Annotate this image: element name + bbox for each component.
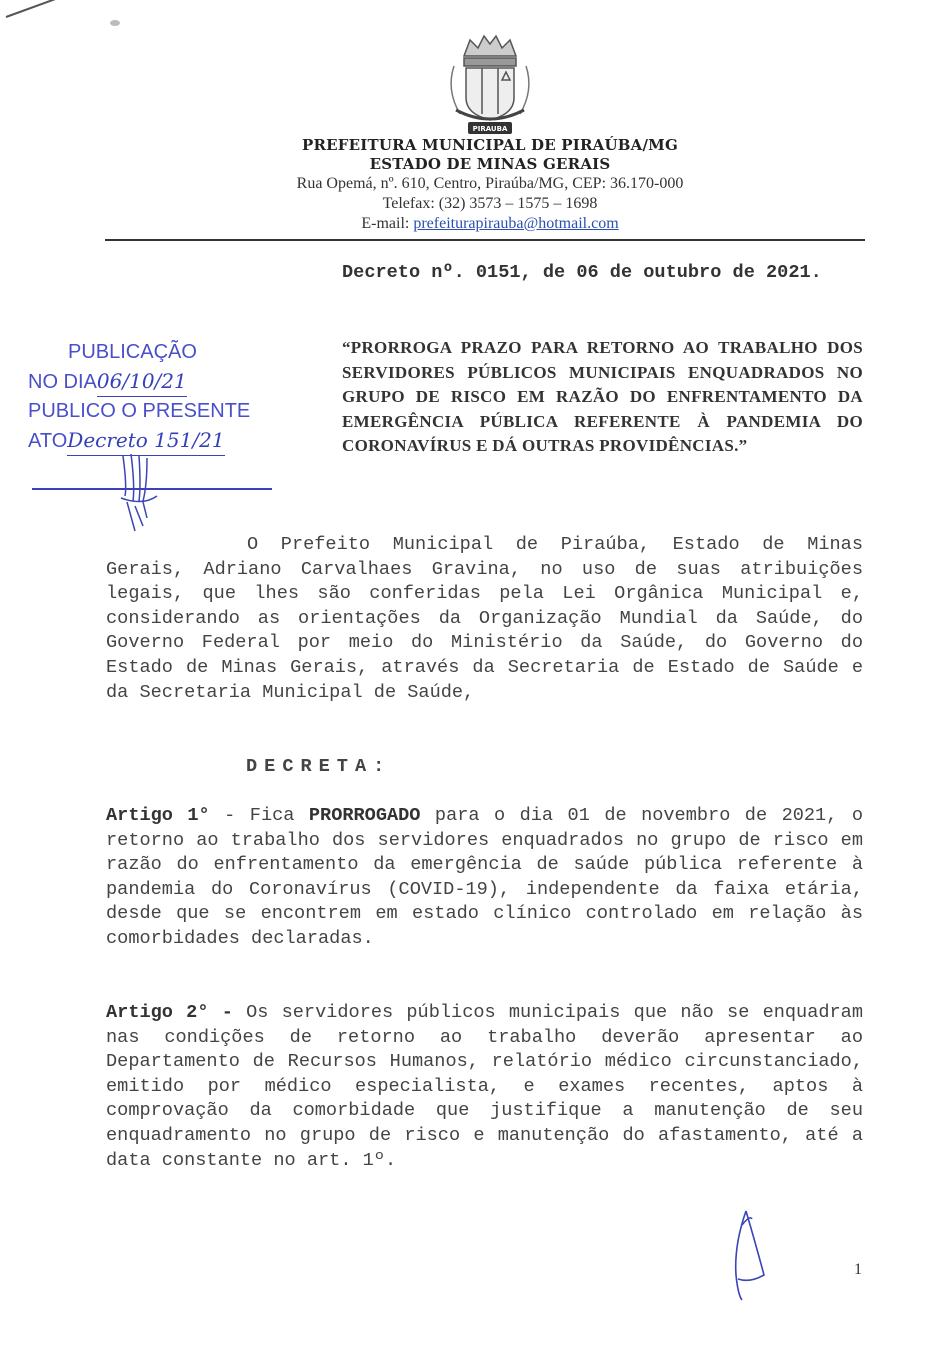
decree-number: Decreto nº. 0151, de 06 de outubro de 20… (342, 261, 863, 285)
article-2-text: Os servidores públicos municipais que nã… (106, 1002, 863, 1171)
initials-signature-icon (730, 1205, 780, 1305)
address: Rua Opemá, nº. 610, Centro, Piraúba/MG, … (230, 174, 750, 194)
scan-artifact-dot (110, 20, 120, 26)
svg-text:PIRAUBA: PIRAUBA (473, 125, 508, 133)
header-divider (105, 239, 865, 241)
article-1-emphasis: PRORROGADO (309, 805, 421, 826)
article-1-text: para o dia 01 de novembro de 2021, o ret… (106, 805, 863, 949)
scan-artifact-line (6, 0, 61, 18)
stamp-title: PUBLICAÇÃO (28, 338, 273, 367)
stamp-act-label: ATO (28, 430, 67, 452)
org-name: PREFEITURA MUNICIPAL DE PIRAÚBA/MG (230, 136, 750, 155)
decreta-heading: DECRETA: (246, 756, 391, 777)
letterhead: PIRAUBA PREFEITURA MUNICIPAL DE PIRAÚBA/… (230, 30, 750, 234)
preamble-paragraph: O Prefeito Municipal de Piraúba, Estado … (106, 533, 863, 705)
article-1-label: Artigo 1° (106, 805, 210, 826)
email-label: E-mail: (361, 215, 413, 232)
publication-stamp: PUBLICAÇÃO NO DIA06/10/21 PUBLICO O PRES… (28, 338, 273, 456)
stamp-day-label: NO DIA (28, 371, 97, 393)
stamp-signature-icon (113, 446, 173, 536)
stamp-day-value: 06/10/21 (97, 367, 187, 397)
decree-summary: “PRORROGA PRAZO PARA RETORNO AO TRABALHO… (342, 336, 863, 459)
email-line: E-mail: prefeiturapirauba@hotmail.com (230, 214, 750, 234)
article-2: Artigo 2° - Os servidores públicos munic… (106, 1001, 863, 1173)
email-link[interactable]: prefeiturapirauba@hotmail.com (413, 215, 618, 232)
article-2-label: Artigo 2° (106, 1002, 208, 1023)
article-1: Artigo 1° - Fica PRORROGADO para o dia 0… (106, 804, 863, 952)
stamp-date-row: NO DIA06/10/21 (28, 367, 273, 397)
municipal-crest-icon: PIRAUBA (442, 30, 538, 136)
stamp-line3: PUBLICO O PRESENTE (28, 397, 273, 426)
phone: Telefax: (32) 3573 – 1575 – 1698 (230, 194, 750, 214)
state-name: ESTADO DE MINAS GERAIS (230, 155, 750, 174)
page-number: 1 (854, 1261, 862, 1279)
